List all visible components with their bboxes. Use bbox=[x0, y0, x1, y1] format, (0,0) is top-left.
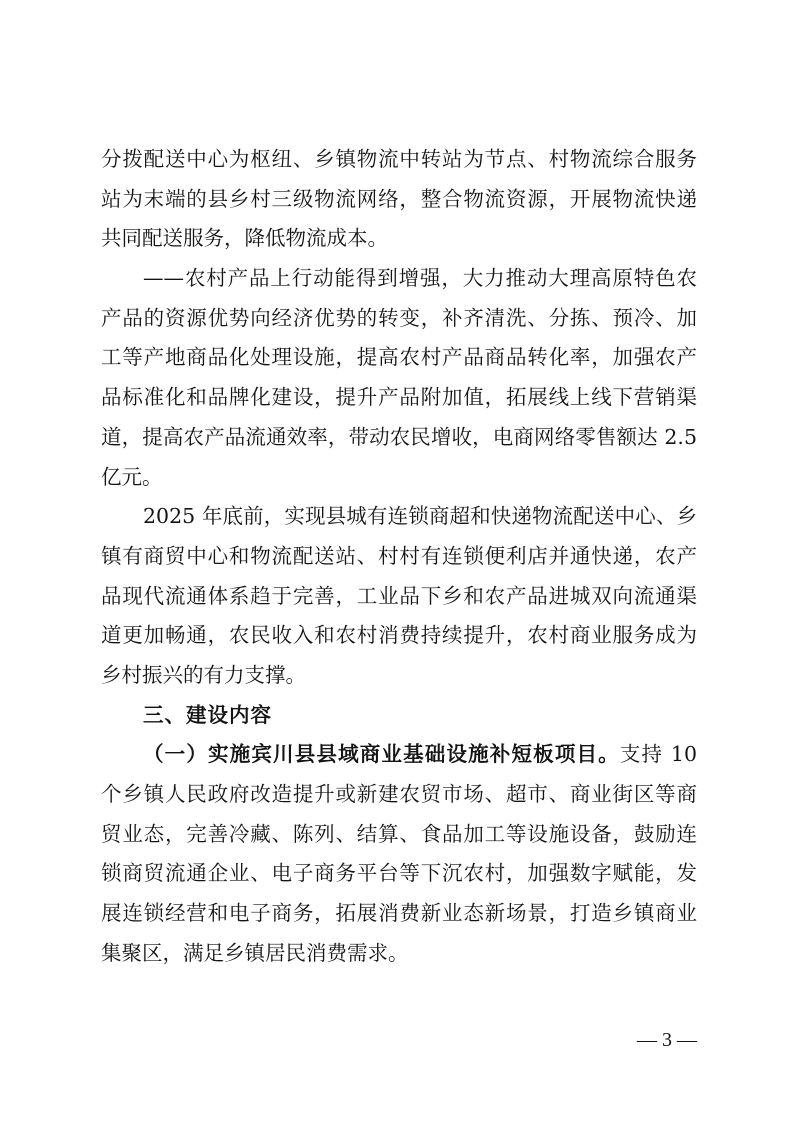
text-line: 道更加畅通，农民收入和农村消费持续提升，农村商业服务成为 bbox=[101, 616, 697, 656]
subsection-title: （一）实施宾川县县域商业基础设施补短板项目。 bbox=[143, 742, 620, 766]
text-line: 品现代流通体系趋于完善，工业品下乡和农产品进城双向流通渠 bbox=[101, 577, 697, 617]
text-line: 2025 年底前，实现县城有连锁商超和快递物流配送中心、乡 bbox=[101, 497, 697, 537]
paragraph-subsection-1: （一）实施宾川县县域商业基础设施补短板项目。支持 10 个乡镇人民政府改造提升或… bbox=[101, 735, 697, 973]
text-line: 亿元。 bbox=[101, 458, 697, 498]
paragraph-2025-goals: 2025 年底前，实现县城有连锁商超和快递物流配送中心、乡 镇有商贸中心和物流配… bbox=[101, 497, 697, 695]
document-page: 分拨配送中心为枢纽、乡镇物流中转站为节点、村物流综合服务 站为末端的县乡村三级物… bbox=[0, 0, 793, 1122]
document-body: 分拨配送中心为枢纽、乡镇物流中转站为节点、村物流综合服务 站为末端的县乡村三级物… bbox=[101, 140, 697, 973]
paragraph-agri-products: ——农村产品上行动能得到增强，大力推动大理高原特色农 产品的资源优势向经济优势的… bbox=[101, 259, 697, 497]
text-line: 品标准化和品牌化建设，提升产品附加值，拓展线上线下营销渠 bbox=[101, 378, 697, 418]
paragraph-logistics-network: 分拨配送中心为枢纽、乡镇物流中转站为节点、村物流综合服务 站为末端的县乡村三级物… bbox=[101, 140, 697, 259]
text-line: 道，提高农产品流通效率，带动农民增收，电商网络零售额达 2.5 bbox=[101, 418, 697, 458]
text-line: 镇有商贸中心和物流配送站、村村有连锁便利店并通快递，农产 bbox=[101, 537, 697, 577]
text-line: 展连锁经营和电子商务，拓展消费新业态新场景，打造乡镇商业 bbox=[101, 894, 697, 934]
text-line: 产品的资源优势向经济优势的转变，补齐清洗、分拣、预冷、加 bbox=[101, 299, 697, 339]
text-line: 乡村振兴的有力支撑。 bbox=[101, 656, 697, 696]
subsection-first-line-text: 支持 10 bbox=[620, 742, 697, 766]
text-line: 集聚区，满足乡镇居民消费需求。 bbox=[101, 934, 697, 974]
subsection-first-line: （一）实施宾川县县域商业基础设施补短板项目。支持 10 bbox=[101, 735, 697, 775]
text-line: 分拨配送中心为枢纽、乡镇物流中转站为节点、村物流综合服务 bbox=[101, 140, 697, 180]
text-line: 站为末端的县乡村三级物流网络，整合物流资源，开展物流快递 bbox=[101, 180, 697, 220]
text-line: 共同配送服务，降低物流成本。 bbox=[101, 219, 697, 259]
text-line: ——农村产品上行动能得到增强，大力推动大理高原特色农 bbox=[101, 259, 697, 299]
page-number: — 3 — bbox=[637, 1027, 697, 1053]
text-line: 贸业态，完善冷藏、陈列、结算、食品加工等设施设备，鼓励连 bbox=[101, 815, 697, 855]
text-line: 锁商贸流通企业、电子商务平台等下沉农村，加强数字赋能，发 bbox=[101, 854, 697, 894]
section-heading: 三、建设内容 bbox=[101, 696, 697, 736]
text-line: 个乡镇人民政府改造提升或新建农贸市场、超市、商业街区等商 bbox=[101, 775, 697, 815]
text-line: 工等产地商品化处理设施，提高农村产品商品转化率，加强农产 bbox=[101, 338, 697, 378]
